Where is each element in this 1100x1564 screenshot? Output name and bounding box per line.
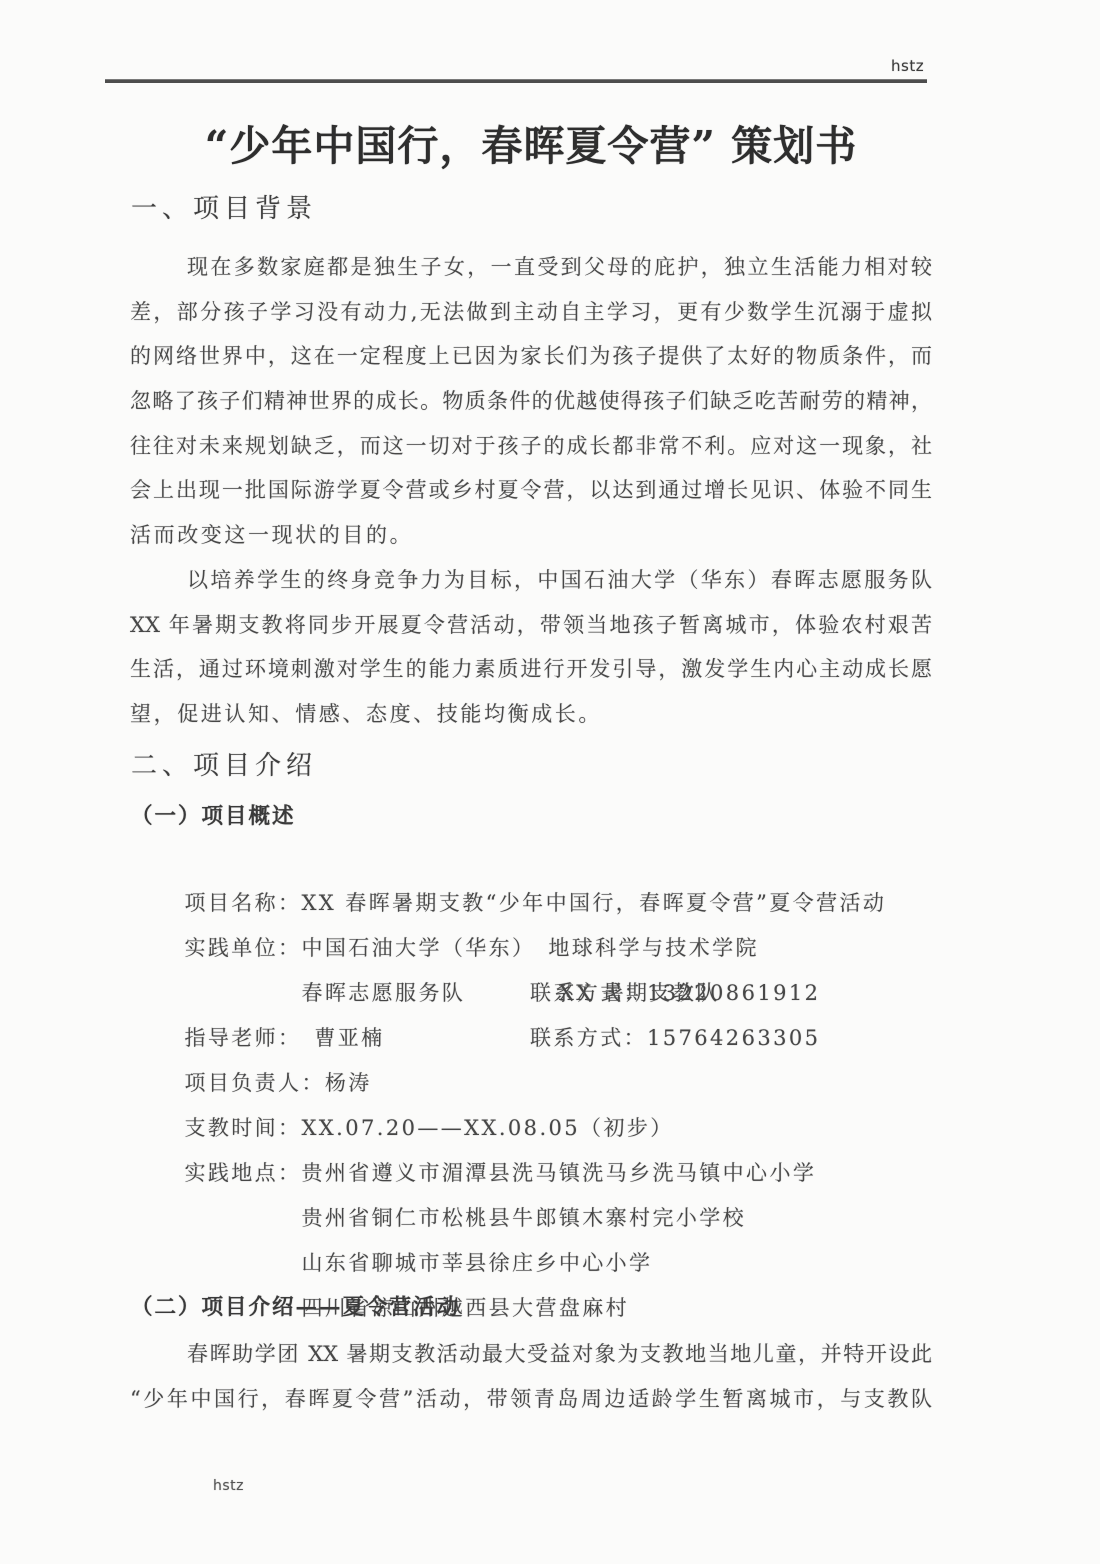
paragraph-line: 春晖助学团 XX 暑期支教活动最大受益对象为支教地当地儿童，并特开设此 [130,1332,932,1377]
project-info-block: 项目名称：XX 春晖暑期支教“少年中国行，春晖夏令营”夏令营活动 实践单位：中国… [130,836,932,1286]
paragraph-line: 现在多数家庭都是独生子女，一直受到父母的庇护，独立生活能力相对较 [130,245,932,290]
info-row-project-name: 项目名称：XX 春晖暑期支教“少年中国行，春晖夏令营”夏令营活动 [130,836,932,881]
info-row-schedule: 支教时间：XX.07.20——XX.08.05（初步） [130,1061,932,1106]
info-row-practice-unit: 实践单位：中国石油大学（华东） 地球科学与技术学院 [130,881,932,926]
document-title: “少年中国行，春晖夏令营” 策划书 [130,113,932,172]
subsection-heading-overview: （一）项目概述 [131,799,296,830]
paragraph-line: XX 年暑期支教将同步开展夏令营活动，带领当地孩子暂离城市，体验农村艰苦 [130,603,932,648]
camp-paragraph: 春晖助学团 XX 暑期支教活动最大受益对象为支教地当地儿童，并特开设此 “少年中… [130,1332,932,1422]
paragraph-line: 忽略了孩子们精神世界的成长。物质条件的优越使得孩子们缺乏吃苦耐劳的精神， [130,379,932,424]
paragraph-line: 望，促进认知、情感、态度、技能均衡成长。 [130,692,932,737]
paragraph-line: “少年中国行，春晖夏令营”活动，带领青岛周边适龄学生暂离城市，与支教队 [130,1377,932,1422]
paragraph-line: 会上出现一批国际游学夏令营或乡村夏令营，以达到通过增长见识、体验不同生 [130,468,932,513]
info-row-teams: 春晖志愿服务队 XX 暑期支教队 [130,926,932,971]
background-paragraphs: 现在多数家庭都是独生子女，一直受到父母的庇护，独立生活能力相对较 差，部分孩子学… [130,245,932,737]
paragraph-line: 的网络世界中，这在一定程度上已因为家长们为孩子提供了太好的物质条件，而 [130,334,932,379]
subsection-heading-camp: （二）项目介绍——夏令营活动 [131,1290,460,1321]
paragraph-line: 差，部分孩子学习没有动力,无法做到主动自主学习，更有少数学生沉溺于虚拟 [130,290,932,335]
header-rule [105,79,927,83]
info-right-contact: 联系方式：13220861912 [530,971,820,1016]
document-page: hstz “少年中国行，春晖夏令营” 策划书 一、项目背景 现在多数家庭都是独生… [0,0,1100,1564]
header-watermark: hstz [891,57,924,75]
info-row-location: 四川省凉山州越西县大营盘麻村 [130,1241,932,1286]
info-row-location: 山东省聊城市莘县徐庄乡中心小学 [130,1196,932,1241]
paragraph-line: 活而改变这一现状的目的。 [130,513,932,558]
info-right-contact: 联系方式：15764263305 [530,1016,820,1061]
info-row-advisor: 指导老师： 曹亚楠 联系方式：13220861912 [130,971,932,1016]
section-heading-introduction: 二、项目介绍 [131,745,317,782]
paragraph-line: 以培养学生的终身竞争力为目标，中国石油大学（华东）春晖志愿服务队 [130,558,932,603]
footer-watermark: hstz [213,1478,244,1494]
paragraph-line: 往往对未来规划缺乏，而这一切对于孩子的成长都非常不利。应对这一现象，社 [130,424,932,469]
paragraph-line: 生活，通过环境刺激对学生的能力素质进行开发引导，激发学生内心主动成长愿 [130,647,932,692]
info-row-location: 贵州省铜仁市松桃县牛郎镇木寨村完小学校 [130,1151,932,1196]
info-row-location: 实践地点：贵州省遵义市湄潭县洗马镇洗马乡洗马镇中心小学 [130,1106,932,1151]
info-row-leader: 项目负责人：杨涛 联系方式：15764263305 [130,1016,932,1061]
section-heading-background: 一、项目背景 [131,188,317,225]
